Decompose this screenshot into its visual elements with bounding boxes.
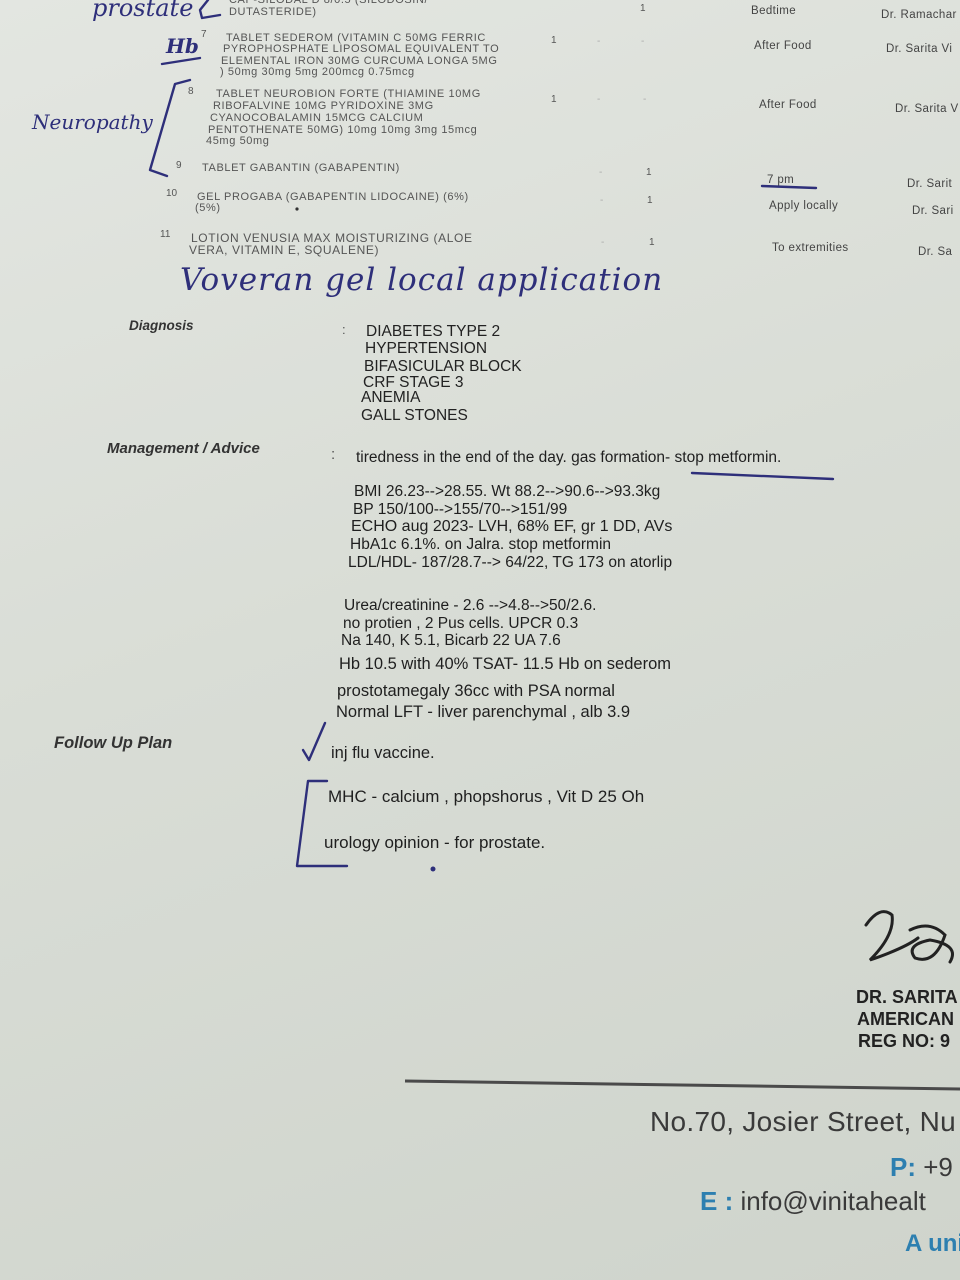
- follow-up-label: Follow Up Plan: [54, 734, 172, 753]
- management-line: Normal LFT - liver parenchymal , alb 3.9: [336, 704, 630, 722]
- follow-up-item: MHC - calcium , phopshorus , Vit D 25 Oh: [328, 788, 644, 806]
- diagnosis-item: HYPERTENSION: [365, 340, 487, 358]
- management-line: BMI 26.23-->28.55. Wt 88.2-->90.6-->93.3…: [354, 483, 660, 501]
- management-line: Hb 10.5 with 40% TSAT- 11.5 Hb on sedero…: [339, 656, 671, 674]
- footer-divider: [405, 1081, 960, 1089]
- management-first-line-text: tiredness in the end of the day. gas for…: [356, 449, 675, 466]
- ink-dot-icon: [295, 207, 298, 210]
- signature-icon: [866, 912, 953, 962]
- underline-7pm-icon: [762, 186, 816, 188]
- underline-stop-metformin-icon: [692, 473, 833, 479]
- management-line: no protien , 2 Pus cells. UPCR 0.3: [343, 615, 578, 633]
- underline-hb-icon: [162, 58, 200, 64]
- management-line: HbA1c 6.1%. on Jalra. stop metformin: [350, 536, 611, 554]
- follow-up-item: inj flu vaccine.: [331, 745, 435, 763]
- phone-value: +9: [916, 1152, 953, 1182]
- management-line: BP 150/100-->155/70-->151/99: [353, 501, 567, 519]
- footer-email: E : info@vinitahealt: [700, 1186, 926, 1217]
- diagnosis-item: BIFASICULAR BLOCK: [364, 358, 522, 376]
- bracket-rows8-9-icon: [150, 80, 190, 176]
- diagnosis-item: GALL STONES: [361, 407, 468, 425]
- diagnosis-colon: :: [342, 322, 346, 337]
- management-first-line: tiredness in the end of the day. gas for…: [356, 449, 781, 467]
- email-value[interactable]: info@vinitahealt: [733, 1186, 926, 1216]
- management-colon: :: [331, 446, 335, 463]
- diagnosis-item: DIABETES TYPE 2: [366, 323, 500, 341]
- check-mark-icon: [303, 723, 325, 760]
- management-line: prostotamegaly 36cc with PSA normal: [337, 683, 615, 701]
- ink-dot-icon: [431, 867, 436, 872]
- email-key: E :: [700, 1186, 733, 1216]
- diagnosis-label: Diagnosis: [129, 318, 194, 333]
- diagnosis-item: ANEMIA: [361, 389, 420, 407]
- doctor-reg-no: REG NO: 9: [858, 1030, 950, 1052]
- phone-key: P:: [890, 1152, 916, 1182]
- follow-up-item: urology opinion - for prostate.: [324, 834, 545, 852]
- management-line: Urea/creatinine - 2.6 -->4.8-->50/2.6.: [344, 597, 596, 615]
- footer-tagline: A uni: [905, 1230, 960, 1258]
- footer-address: No.70, Josier Street, Nu: [650, 1106, 956, 1138]
- management-label: Management / Advice: [107, 440, 260, 457]
- bracket-row6-icon: [200, 0, 220, 18]
- footer-phone: P: +9: [890, 1152, 953, 1183]
- management-line: Na 140, K 5.1, Bicarb 22 UA 7.6: [341, 632, 561, 650]
- management-stop-metformin: stop metformin.: [675, 449, 782, 466]
- doctor-credential: AMERICAN: [857, 1008, 954, 1030]
- doctor-name: DR. SARITA: [856, 986, 958, 1008]
- management-line: ECHO aug 2023- LVH, 68% EF, gr 1 DD, AVs: [351, 518, 672, 536]
- management-line: LDL/HDL- 187/28.7--> 64/22, TG 173 on at…: [348, 554, 672, 572]
